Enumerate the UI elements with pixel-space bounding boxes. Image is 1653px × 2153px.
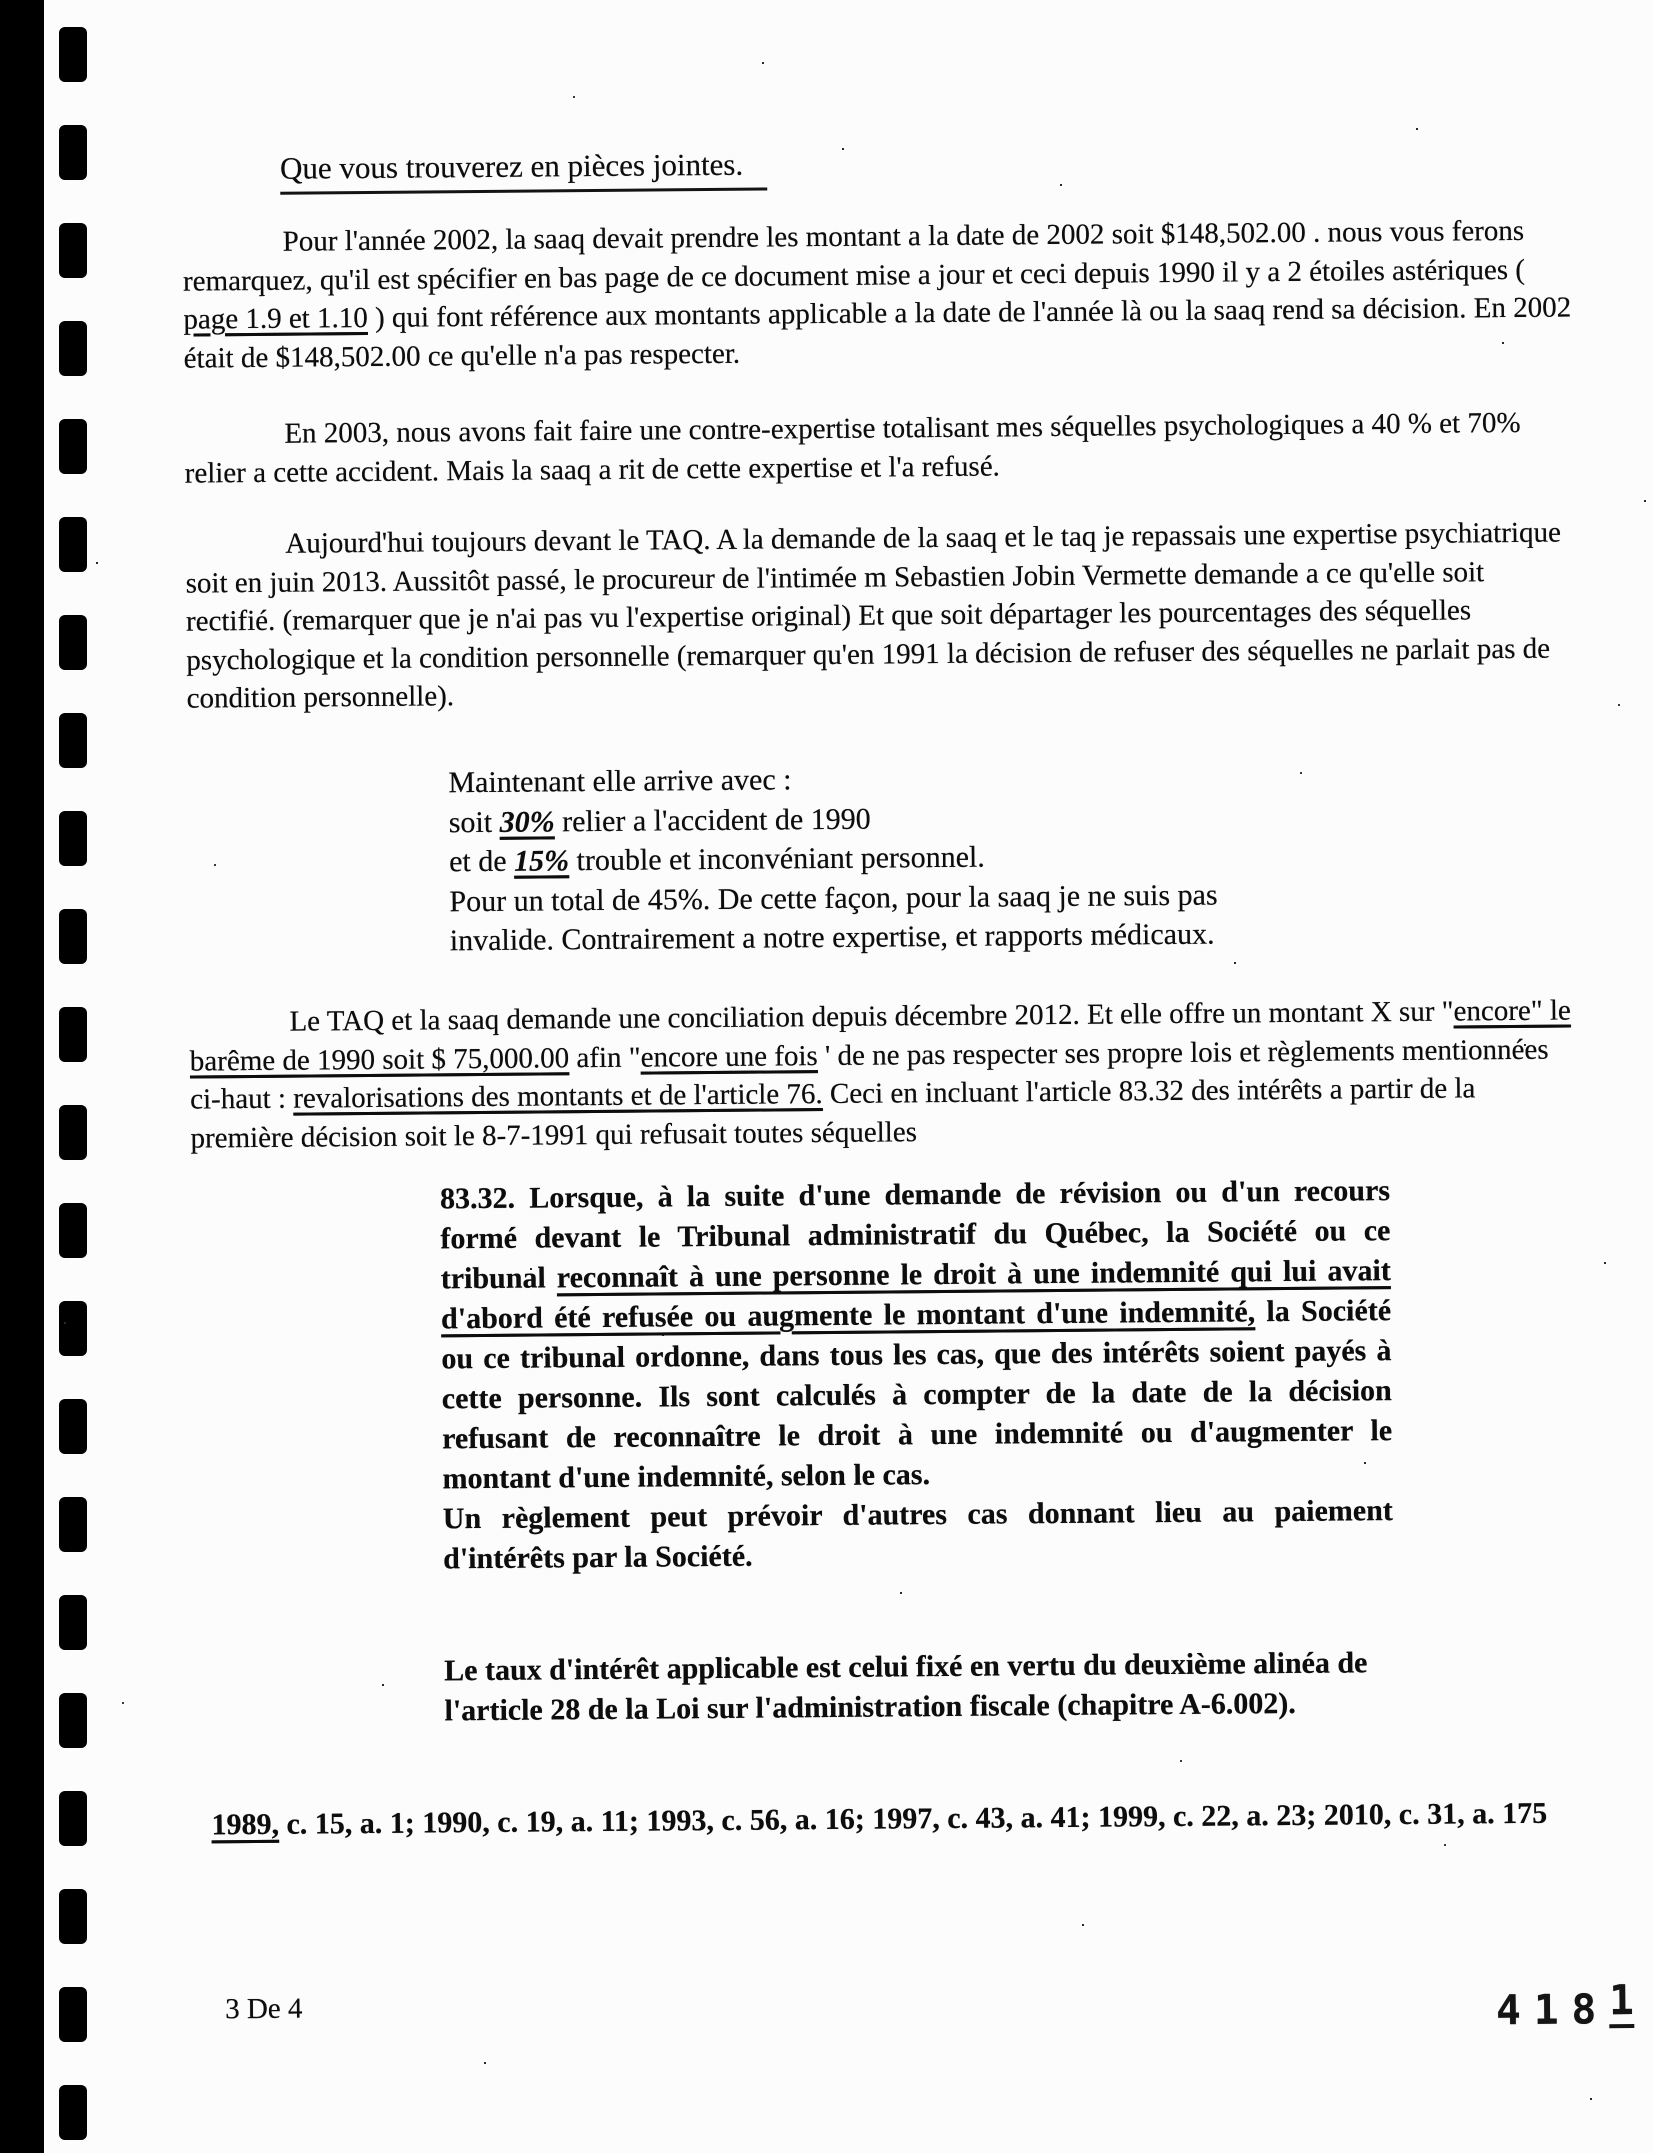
text-segment: En 2003, nous avons fait faire une contr… xyxy=(185,407,1521,489)
percentage-30: 30% xyxy=(499,805,554,838)
article-text: 83.32. Lorsque, à la suite d'une demande… xyxy=(440,1171,1393,1499)
paragraph-year-2002: Pour l'année 2002, la saaq devait prendr… xyxy=(183,211,1579,377)
legislative-citations: 1989, c. 15, a. 1; 1990, c. 19, a. 11; 1… xyxy=(211,1790,1601,1848)
text-segment: ) qui font référence aux montants applic… xyxy=(184,291,1572,374)
text-segment: afin " xyxy=(569,1041,641,1074)
scanned-document-page: Que vous trouverez en pièces jointes. Po… xyxy=(0,0,1653,2153)
citation-1989-underlined: 1989, xyxy=(211,1808,279,1842)
paragraph-conciliation: Le TAQ et la saaq demande une conciliati… xyxy=(189,991,1585,1157)
offer-percentages-block: Maintenant elle arrive avec : soit 30% r… xyxy=(448,755,1450,961)
taux-text: Le taux d'intérêt applicable est celui f… xyxy=(444,1643,1395,1731)
text-segment: Aujourd'hui toujours devant le TAQ. A la… xyxy=(186,517,1561,715)
text-segment: Le TAQ et la saaq demande une conciliati… xyxy=(289,996,1453,1038)
document-heading: Que vous trouverez en pièces jointes. xyxy=(280,146,767,194)
article-76-underlined: revalorisations des montants et de l'art… xyxy=(293,1078,823,1115)
scan-speckles xyxy=(0,0,2,2)
page-reference-underlined: page 1.9 et 1.10 xyxy=(183,302,368,336)
heading-text: Que vous trouverez en pièces jointes. xyxy=(280,146,767,194)
percentage-15: 15% xyxy=(514,844,569,877)
document-content: Que vous trouverez en pièces jointes. Po… xyxy=(0,0,1653,2153)
paragraph-year-2003: En 2003, nous avons fait faire une contr… xyxy=(184,403,1580,492)
page-number: 3 De 4 xyxy=(225,1993,303,2027)
encore-une-fois-underlined: encore une fois xyxy=(640,1040,817,1074)
article-underlined-clause: reconnaît à une personne le droit à une … xyxy=(441,1254,1391,1335)
text-segment: Pour l'année 2002, la saaq devait prendr… xyxy=(183,215,1525,297)
legal-quote-article-83-32: 83.32. Lorsque, à la suite d'une demande… xyxy=(440,1171,1393,1579)
paragraph-taq-expertise: Aujourd'hui toujours devant le TAQ. A la… xyxy=(185,513,1582,718)
legal-quote-interest-rate: Le taux d'intérêt applicable est celui f… xyxy=(444,1643,1395,1731)
offer-line: invalide. Contrairement a notre expertis… xyxy=(450,913,1450,961)
article-reglement-text: Un règlement peut prévoir d'autres cas d… xyxy=(443,1491,1394,1579)
stamp-number: 4181 xyxy=(1496,1985,1647,2038)
